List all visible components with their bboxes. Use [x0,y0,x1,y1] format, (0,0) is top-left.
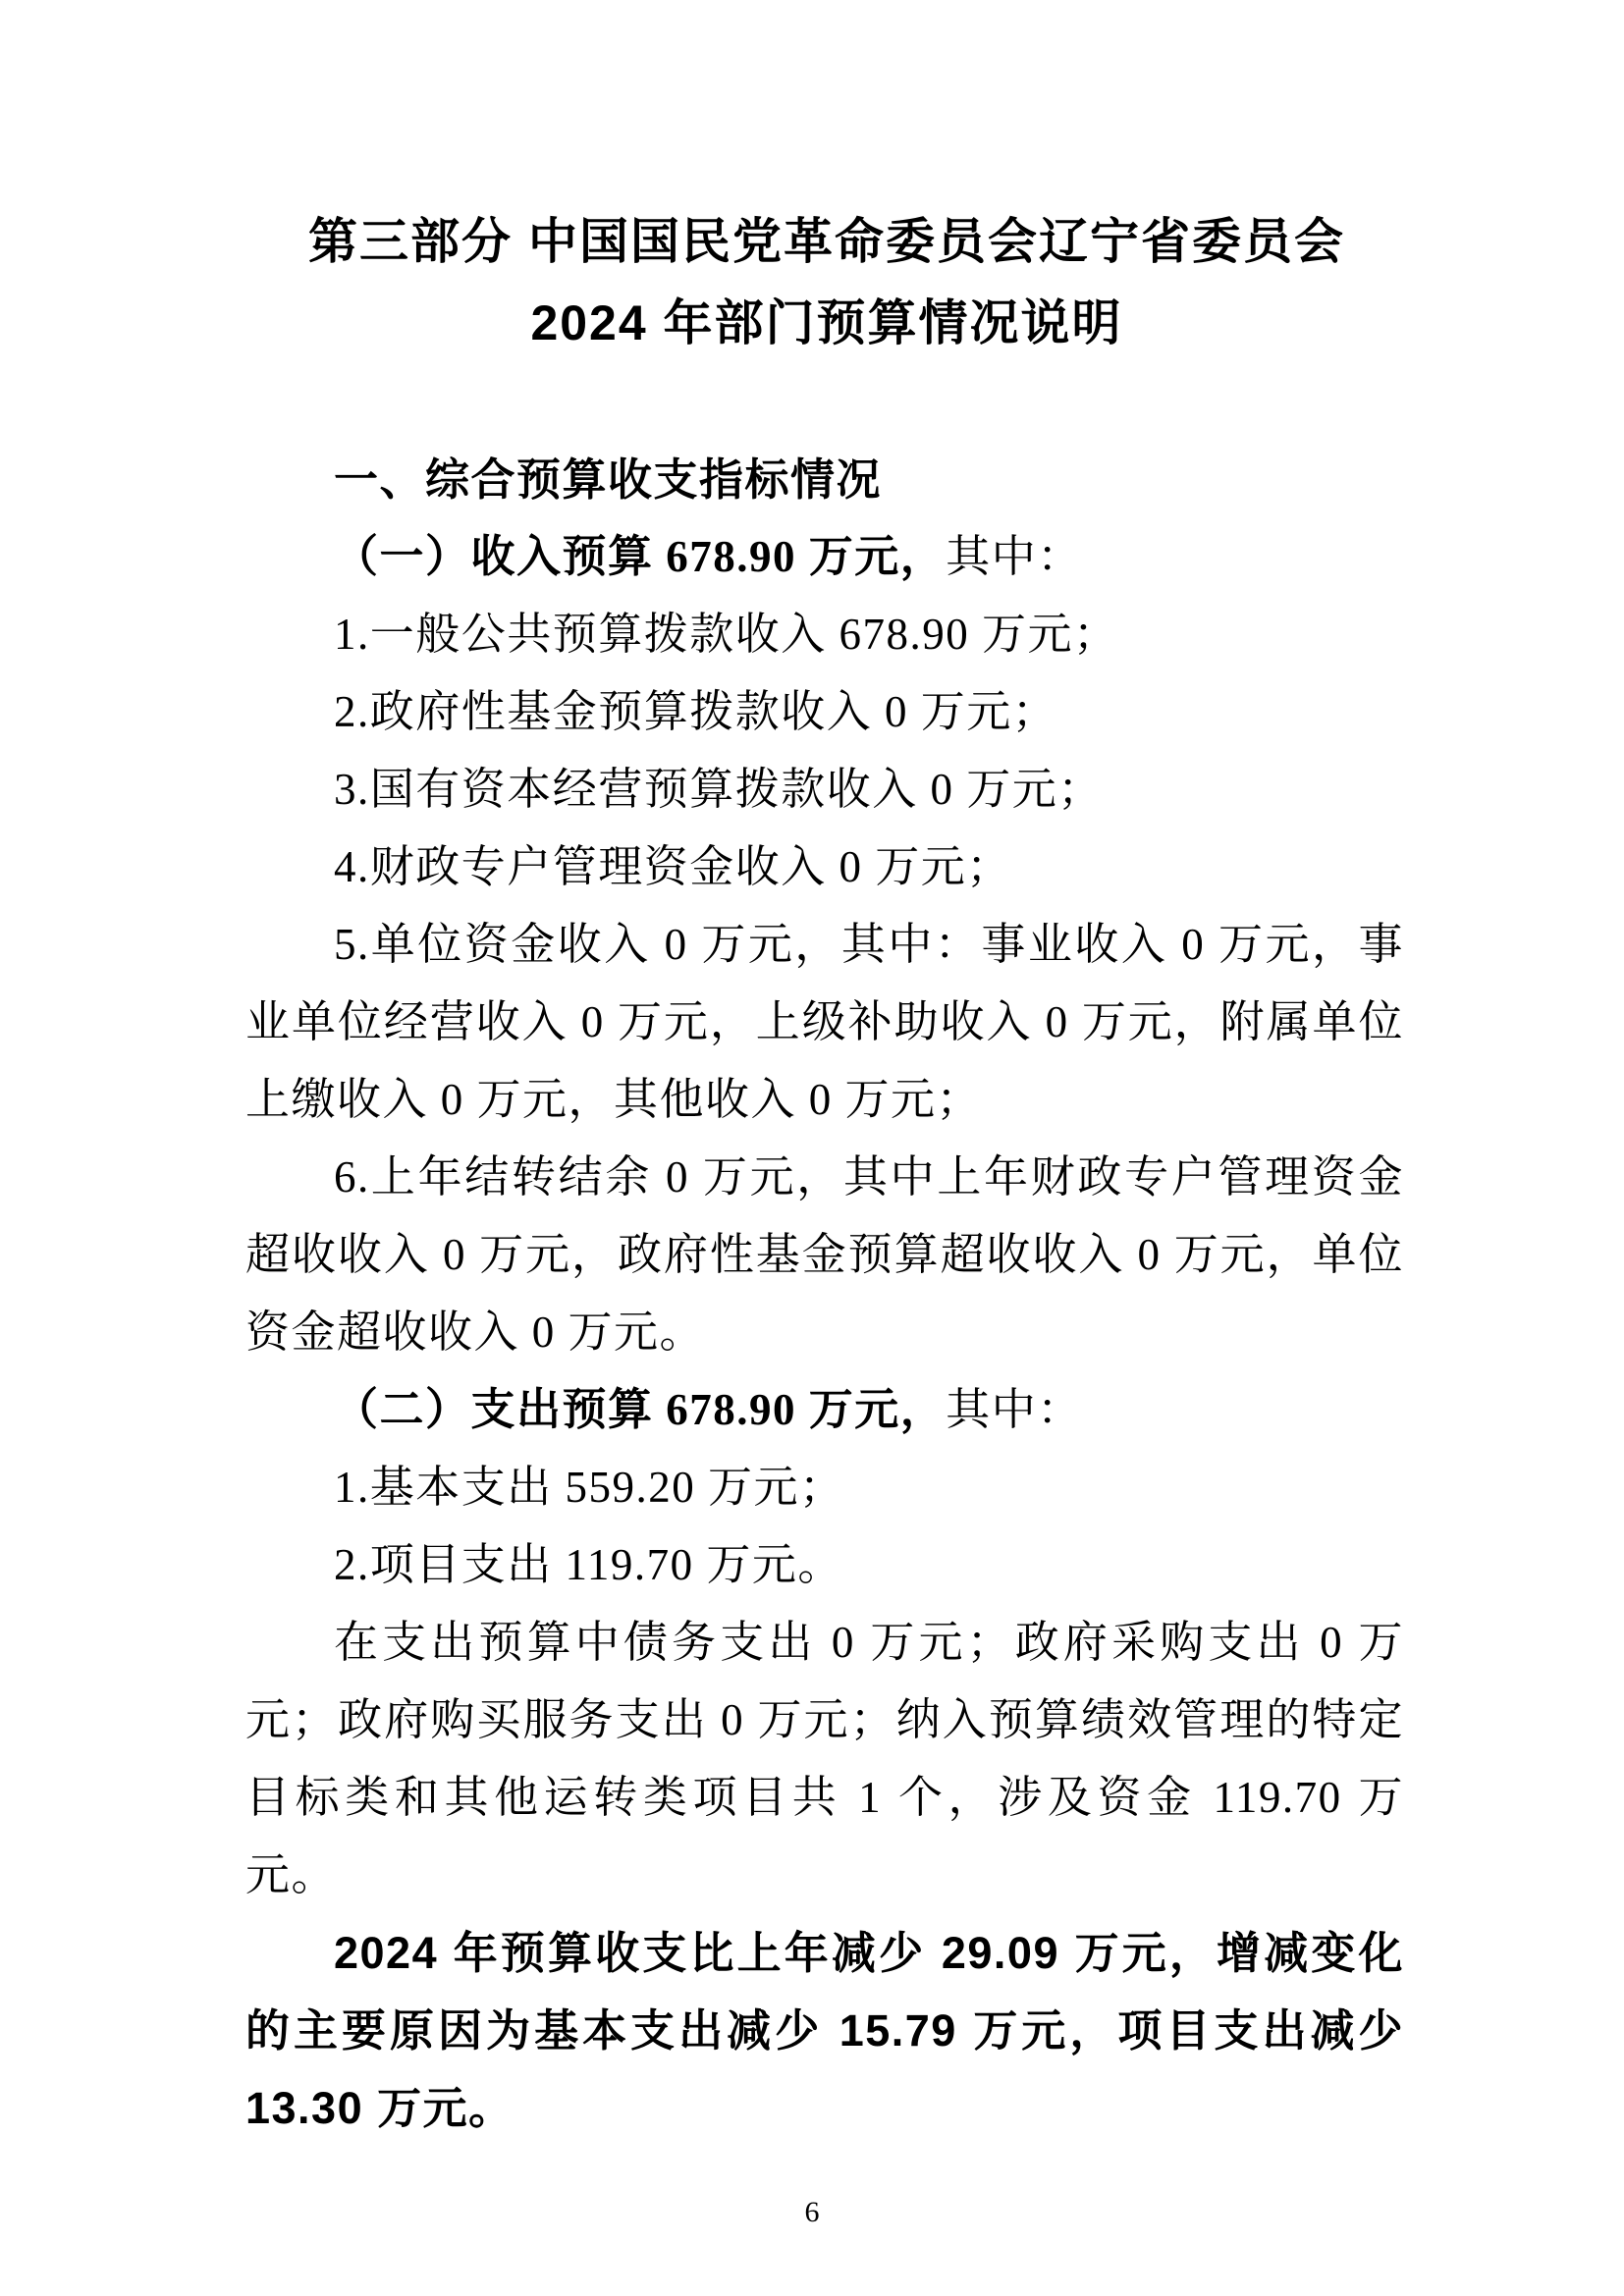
document-title-line1: 第三部分 中国国民党革命委员会辽宁省委员会 [88,201,1565,283]
income-item-5: 5.单位资金收入 0 万元，其中：事业收入 0 万元，事业单位经营收入 0 万元… [245,906,1404,1139]
document-body: 一、综合预算收支指标情况 （一）收入预算 678.90 万元，其中： 1.一般公… [245,441,1404,2147]
expenditure-item-1: 1.基本支出 559.20 万元； [245,1449,1404,1526]
income-item-4: 4.财政专户管理资金收入 0 万元； [245,828,1404,906]
expenditure-item-2: 2.项目支出 119.70 万元。 [245,1526,1404,1604]
income-subheading-rest: 其中： [946,532,1083,581]
document-title-line2: 2024 年部门预算情况说明 [88,283,1565,364]
page-number: 6 [0,2195,1624,2230]
income-item-1: 1.一般公共预算拨款收入 678.90 万元； [245,596,1404,673]
expenditure-subheading-rest: 其中： [946,1385,1083,1434]
income-item-3: 3.国有资本经营预算拨款收入 0 万元； [245,751,1404,828]
income-subheading: （一）收入预算 678.90 万元，其中： [245,518,1404,596]
section-heading: 一、综合预算收支指标情况 [245,441,1404,518]
income-item-6: 6.上年结转结余 0 万元，其中上年财政专户管理资金超收收入 0 万元，政府性基… [245,1139,1404,1371]
document-title: 第三部分 中国国民党革命委员会辽宁省委员会 2024 年部门预算情况说明 [88,201,1565,364]
page: 第三部分 中国国民党革命委员会辽宁省委员会 2024 年部门预算情况说明 一、综… [0,0,1624,2296]
income-item-2: 2.政府性基金预算拨款收入 0 万元； [245,673,1404,751]
expenditure-subheading: （二）支出预算 678.90 万元，其中： [245,1371,1404,1449]
expenditure-subheading-lead: （二）支出预算 678.90 万元， [334,1385,946,1434]
income-subheading-lead: （一）收入预算 678.90 万元， [334,532,946,581]
yoy-change-paragraph: 2024 年预算收支比上年减少 29.09 万元，增减变化的主要原因为基本支出减… [245,1914,1404,2147]
expenditure-detail-paragraph: 在支出预算中债务支出 0 万元；政府采购支出 0 万元；政府购买服务支出 0 万… [245,1604,1404,1914]
